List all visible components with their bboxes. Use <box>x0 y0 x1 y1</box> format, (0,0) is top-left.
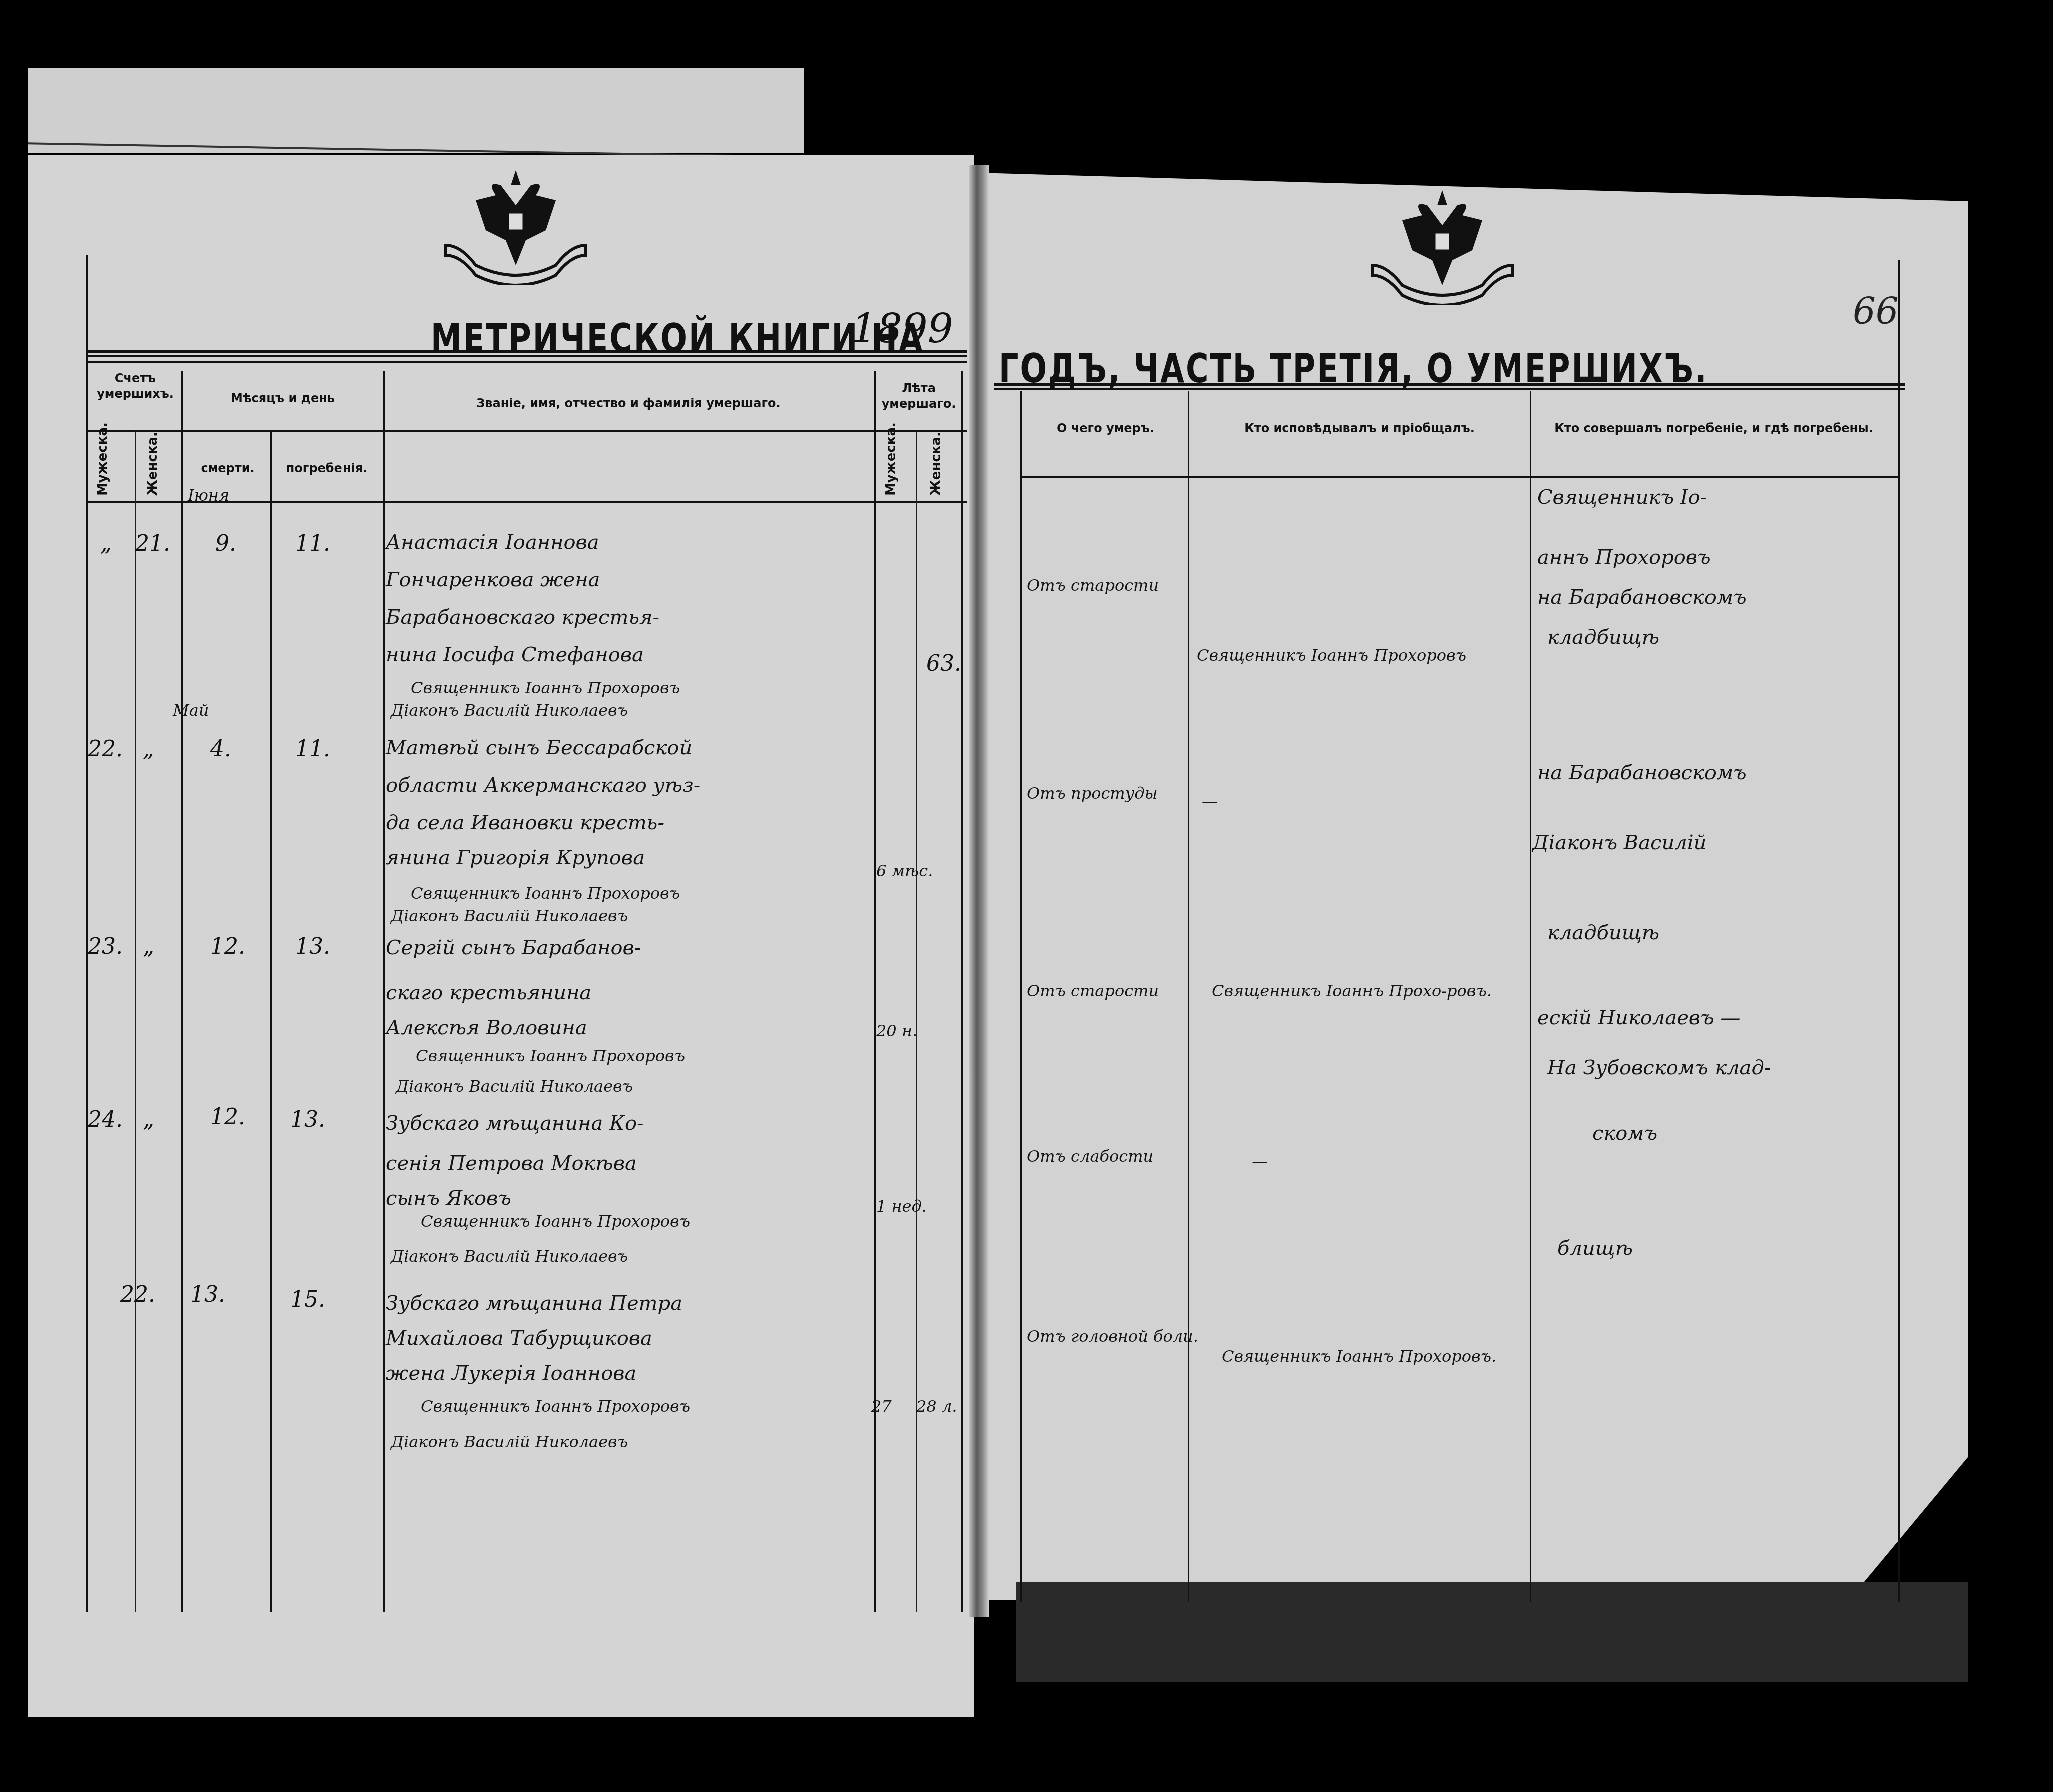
page-number: 66 <box>1853 290 1899 332</box>
col-header-burial: погребенія. <box>273 461 381 476</box>
entry-confessor: — <box>1252 1152 1268 1171</box>
entry-name-line: жена Лукерія Іоаннова <box>386 1362 636 1385</box>
col-header-count-male: Мужеска. <box>95 422 110 496</box>
col-divider <box>181 371 183 1612</box>
entry-female-no: „ <box>143 736 154 762</box>
entry-confessor: — <box>1202 791 1218 810</box>
entry-name-line: Сергій сынъ Барабанов- <box>386 936 641 959</box>
entry-female-no: 21. <box>135 531 170 556</box>
col-header-name: Званіе, имя, отчество и фамилія умершаго… <box>386 396 871 411</box>
entry-name-line: янина Григорія Крупова <box>386 846 645 869</box>
entry-burial-line: ескій Николаевъ — <box>1537 1006 1741 1029</box>
entry-confessor: Священникъ Іоаннъ Прохо-ровъ. <box>1212 981 1492 1000</box>
entry-burial-day: 13. <box>295 934 330 959</box>
col-divider <box>874 371 876 1612</box>
entry-death-day: 4. <box>210 736 231 762</box>
entry-signature-priest: Священникъ Іоаннъ Прохоровъ <box>421 1212 690 1231</box>
entry-name-line: Матвѣй сынъ Бессарабской <box>386 736 692 759</box>
entry-female-no: „ <box>143 1107 154 1132</box>
entry-male-no: 23. <box>88 934 123 959</box>
col-header-age-male: Мужеска. <box>884 422 899 496</box>
col-header-count: Счетъ умершихъ. <box>90 371 180 402</box>
col-header-age: Лѣта умершаго. <box>876 381 961 412</box>
entry-male-no: 24. <box>88 1107 123 1132</box>
entry-burial-day: 11. <box>295 531 330 556</box>
entry-burial-day: 13. <box>290 1107 325 1132</box>
entry-burial-line: на Барабановскомъ <box>1537 586 1747 609</box>
entry-name-line: сынъ Яковъ <box>386 1187 511 1210</box>
entry-name-line: Михайлова Табурщикова <box>386 1327 652 1350</box>
entry-age-female: 28 л. <box>916 1397 957 1416</box>
entry-cause: Отъ старости <box>1026 981 1159 1000</box>
entry-burial-line: на Барабановскомъ <box>1537 761 1747 784</box>
col-divider-right <box>1530 391 1531 1602</box>
entry-name-line: да села Ивановки кресть- <box>386 811 664 834</box>
entry-confessor: Священникъ Іоаннъ Прохоровъ <box>1197 646 1466 665</box>
entry-cause: Отъ старости <box>1026 576 1159 595</box>
imperial-eagle-crest-icon <box>1362 185 1522 305</box>
entry-burial-line: кладбищѣ <box>1547 626 1659 649</box>
entry-death-day: 12. <box>210 1104 245 1130</box>
entry-signature-deacon: Діаконъ Василій Николаевъ <box>391 1432 628 1451</box>
entry-name-line: Зубскаго мѣщанина Ко- <box>386 1112 644 1135</box>
entry-age-male: 27 <box>871 1397 892 1416</box>
entry-signature-priest: Священникъ Іоаннъ Прохоровъ <box>421 1397 690 1416</box>
entry-burial-day: 15. <box>290 1287 325 1312</box>
col-header-count-female: Женска. <box>145 432 160 496</box>
entry-cause: Отъ простуды <box>1026 784 1158 803</box>
entry-female-no: „ <box>143 934 154 959</box>
entry-signature-deacon: Діаконъ Василій Николаевъ <box>391 701 628 720</box>
entry-name-line: Гончаренкова жена <box>386 568 600 591</box>
col-header-burial-by: Кто совершалъ погребеніе, и гдѣ погребен… <box>1532 421 1895 436</box>
entry-age-male: 1 нед. <box>876 1197 927 1216</box>
col-header-confessor: Кто исповѣдывалъ и пріобщалъ. <box>1192 421 1527 436</box>
entry-name-line: Барабановскаго крестья- <box>386 606 659 629</box>
entry-month: Іюня <box>188 486 229 505</box>
header-rule-right <box>1021 476 1898 478</box>
entry-signature-deacon: Діаконъ Василій Николаевъ <box>396 1077 633 1096</box>
col-subdivider <box>135 431 136 1612</box>
entry-name-line: Анастасія Іоаннова <box>386 531 599 554</box>
header-rule-left <box>86 430 967 432</box>
entry-burial-line: Діаконъ Василій <box>1532 831 1706 854</box>
col-divider-right <box>1188 391 1189 1602</box>
entry-name-line: нина Іосифа Стефанова <box>386 643 644 666</box>
book-spine <box>969 165 989 1617</box>
entry-name-line: Алексѣя Воловина <box>386 1016 587 1039</box>
frame-right-border <box>961 371 963 1612</box>
entry-burial-line: блищѣ <box>1557 1237 1633 1260</box>
entry-signature-priest: Священникъ Іоаннъ Прохоровъ <box>416 1046 685 1065</box>
frame-left-border-right <box>1020 391 1022 1602</box>
frame-right-border-right <box>1898 260 1900 1602</box>
entry-male-no: 22. <box>88 736 123 762</box>
title-left: МЕТРИЧЕСКОЙ КНИГИ НА <box>431 316 924 362</box>
entry-death-day: 9. <box>215 531 236 556</box>
entry-name-line: скаго крестьянина <box>386 981 591 1004</box>
col-divider <box>383 371 385 1612</box>
entry-death-day: 13. <box>190 1282 225 1307</box>
entry-signature-priest: Священникъ Іоаннъ Прохоровъ <box>411 678 680 697</box>
entry-cause: Отъ слабости <box>1026 1147 1153 1166</box>
entry-age-female: 63. <box>926 651 961 676</box>
entry-age-male: 20 н. <box>876 1021 917 1040</box>
col-subdivider <box>270 431 272 1612</box>
entry-burial-line: скомъ <box>1592 1122 1657 1145</box>
page-shadow <box>1016 1582 1968 1682</box>
entry-name-line: сенія Петрова Мокѣва <box>386 1152 637 1175</box>
col-header-age-female: Женска. <box>929 432 944 496</box>
entry-burial-line: кладбищѣ <box>1547 921 1659 944</box>
entry-name-line: Зубскаго мѣщанина Петра <box>386 1292 682 1315</box>
entry-male-no: „ <box>100 531 112 556</box>
entry-age-male: 6 мѣс. <box>876 861 933 880</box>
entry-confessor: Священникъ Іоаннъ Прохоровъ. <box>1222 1347 1496 1366</box>
imperial-eagle-crest-icon <box>436 165 596 285</box>
entry-burial-line: аннъ Прохоровъ <box>1537 546 1711 569</box>
entry-burial-line: Священникъ Іо- <box>1537 486 1707 509</box>
entry-signature-deacon: Діаконъ Василій Николаевъ <box>391 1247 628 1266</box>
title-right: ГОДЪ, ЧАСТЬ ТРЕТІЯ, О УМЕРШИХЪ. <box>999 346 1708 392</box>
entry-burial-day: 11. <box>295 736 330 762</box>
col-header-death: смерти. <box>190 461 265 476</box>
entry-cause: Отъ головной боли. <box>1026 1327 1198 1346</box>
left-page-flyleaf <box>28 68 804 153</box>
entry-death-day: 12. <box>210 934 245 959</box>
year-value: 1899 <box>851 305 953 352</box>
col-header-cause: О чего умеръ. <box>1024 421 1187 436</box>
entry-name-line: области Аккерманскаго уѣз- <box>386 774 700 797</box>
entry-signature-priest: Священникъ Іоаннъ Прохоровъ <box>411 884 680 903</box>
entry-burial-line: На Зубовскомъ клад- <box>1547 1056 1771 1080</box>
entry-female-no: 22. <box>120 1282 155 1307</box>
entry-signature-deacon: Діаконъ Василій Николаевъ <box>391 906 628 925</box>
entry-month: Май <box>173 701 209 720</box>
col-header-month-day: Мѣсяцъ и день <box>185 391 381 406</box>
